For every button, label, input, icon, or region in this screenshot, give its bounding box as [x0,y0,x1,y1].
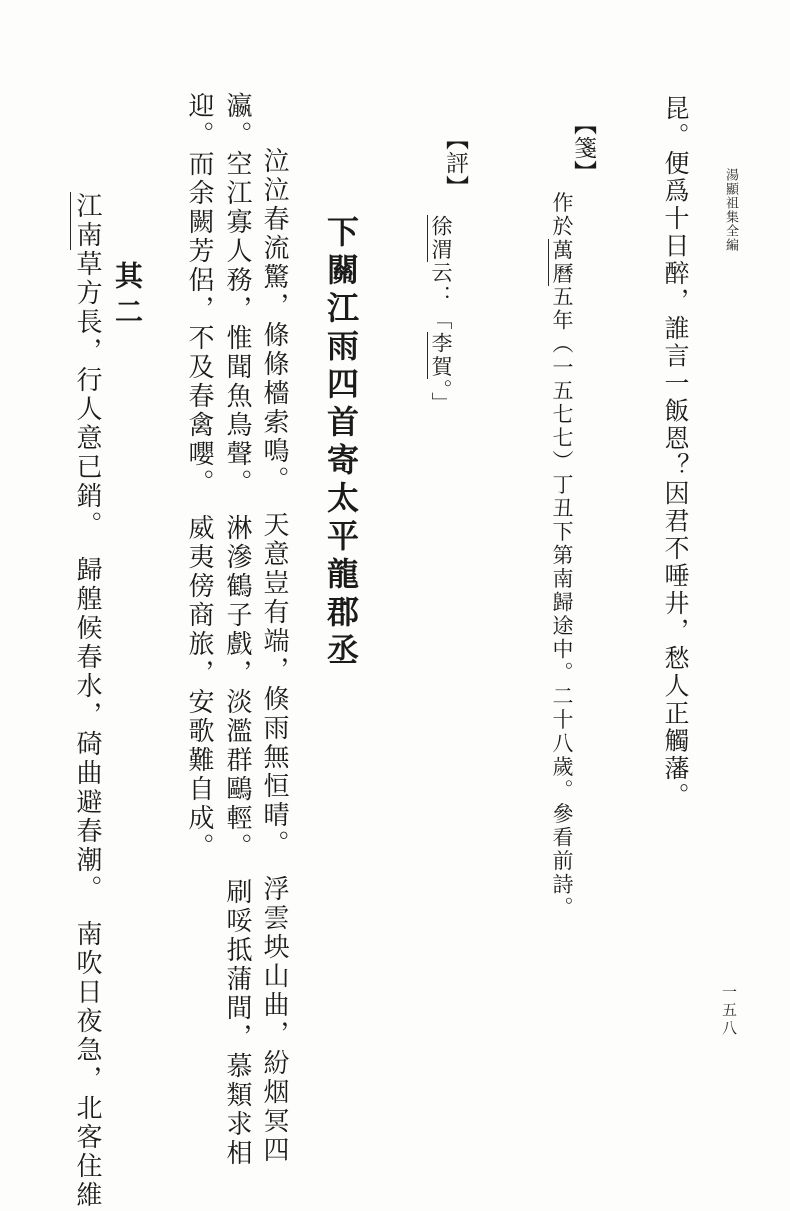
ping-commentary-column: 徐渭云：「李賀。」 [409,178,472,416]
page-number: 一五八 [721,984,736,1038]
jian-annotation-column: 作於萬曆五年（一五七七）丁丑下第南歸途中。二十八歲。參看前詩。 [530,155,593,920]
ping-proper-name: 李賀 [427,332,453,379]
running-title: 湯顯祖集全編 [724,168,737,252]
previous-poem-tail-column: 昆。便爲十日醉，誰言一飯恩？因君不唾井，愁人正觸藩。 [663,95,688,810]
jian-proper-name: 萬曆 [548,239,574,286]
poem2-column-1: 江南草方長，行人意已銷。 歸艎候春水，碕曲避春潮。 南吹日夜急，北客住維 [48,147,126,1210]
book-page: 湯顯祖集全編 一五八 昆。便爲十日醉，誰言一飯恩？因君不唾井，愁人正觸藩。 【箋… [0,0,790,1211]
jian-segment: 作於 [550,192,574,239]
poem2-proper-name: 江南 [70,192,102,250]
ping-segment: 。」 [429,379,453,416]
jian-segment: 五年（一五七七）丁丑下第南歸途中。二十八歲。參看前詩。 [550,286,574,921]
ping-segment: 云：「 [429,262,453,333]
poem1-column-2: 瀛。空江寡人務，惟聞魚鳥聲。 淋滲鶴子戲，淡濫群鷗輕。 刷哸抵蒲間，慕類求相 [224,92,250,1168]
poem1-column-3: 迎。而余闕芳侶，不及春禽嚶。 威夷傍商旅，安歌難自成。 [186,92,212,862]
poem2-segment: 草方長，行人意已銷。 歸艎候春水，碕曲避春潮。 南吹日夜急，北客住維 [72,250,102,1210]
poem-title: 下關江雨四首寄太平龍郡丞 [325,215,357,671]
ping-proper-name: 徐渭 [427,215,453,262]
poem1-column-1: 泣泣春流驚，條條檣索鳴。 天意豈有端，倏雨無恒晴。 浮雲坱山曲，紛烟冥四 [261,147,287,1165]
